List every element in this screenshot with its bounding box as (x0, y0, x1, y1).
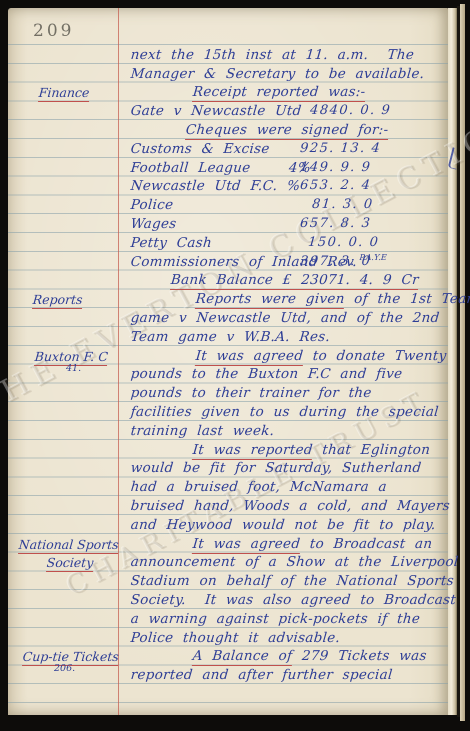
red-margin-rule (118, 8, 119, 715)
handwritten-line: Reports were given of the 1st Team (195, 291, 470, 307)
handwritten-line: Manager & Secretary to be available. (130, 66, 425, 82)
amount-value: 925. 13. 4 (299, 141, 381, 156)
handwritten-line: had a bruised foot, McNamara a (130, 479, 388, 495)
handwritten-lead-underlined: It was reported (192, 442, 314, 460)
handwritten-text: of the 1st Team (344, 291, 470, 307)
handwritten-line: Society. It was also agreed to Broadcast (130, 592, 457, 608)
handwritten-text: to Broadcast an (300, 536, 434, 552)
handwritten-line: training last week. (130, 423, 275, 439)
handwritten-line: It was agreed to Broadcast an (192, 536, 433, 552)
handwritten-line: Wages (130, 216, 177, 232)
handwritten-text: that Eglington (312, 442, 431, 458)
handwritten-line: game v Newcastle Utd, and of the 2nd (130, 310, 440, 326)
handwritten-line: pounds to their trainer for the (130, 385, 372, 401)
handwritten-lead-underlined: It was agreed (192, 536, 301, 554)
handwritten-line: Newcastle Utd F.C. % (130, 178, 301, 194)
handwritten-text: 279 Tickets was (292, 648, 428, 664)
handwritten-line: Police (130, 197, 174, 213)
handwritten-line: Cheques were signed for:- (185, 122, 389, 140)
handwritten-line: Stadium on behalf of the National Sports (130, 573, 455, 589)
handwritten-lead-underlined: A Balance of (192, 648, 293, 666)
margin-reference-number: 41. (66, 363, 81, 374)
amount-value: 657. 8. 3 (299, 216, 372, 231)
handwritten-lead-underlined: It was agreed (195, 348, 304, 366)
handwritten-lead-underlined: Reports were given (195, 291, 346, 309)
margin-heading: Society (46, 555, 94, 572)
adjacent-page-edge (460, 4, 465, 721)
handwritten-line: A Balance of 279 Tickets was (192, 648, 427, 664)
amount-value: 149. 9. 9 (299, 160, 372, 175)
handwritten-line: facilities given to us during the specia… (130, 404, 439, 420)
handwritten-line: Football League 4% (130, 160, 312, 176)
handwritten-line: Petty Cash (130, 235, 213, 251)
handwritten-line: Police thought it advisable. (130, 630, 341, 646)
handwritten-line: pounds to the Buxton F.C and five (130, 366, 403, 382)
page-number-stamp: 209 (33, 21, 74, 41)
ledger-page: 209 THE EVERTON COLLECTION CHARITABLE TR… (8, 8, 448, 715)
scanned-minute-book-photo: 209 THE EVERTON COLLECTION CHARITABLE TR… (0, 0, 470, 731)
handwritten-line: Bank Balance £ 23071. 4. 9 Cr (170, 272, 420, 290)
handwritten-line: Team game v W.B.A. Res. (130, 329, 331, 345)
handwritten-line: would be fit for Saturday, Sutherland (130, 460, 422, 476)
margin-reference-number: 206. (54, 663, 75, 674)
handwritten-line: bruised hand, Woods a cold, and Mayers (130, 498, 451, 514)
handwritten-line: It was agreed to donate Twenty (195, 348, 447, 364)
margin-heading: Finance (38, 85, 90, 102)
amount-value: 653. 2. 4 (299, 178, 372, 193)
margin-heading: Reports (32, 292, 83, 309)
amount-value: 4840. 0. 9 (309, 103, 391, 118)
amount-value: 150. 0. 0 (307, 235, 380, 250)
handwritten-line: announcement of a Show at the Liverpool (130, 554, 459, 570)
handwritten-text: to donate Twenty (303, 348, 448, 364)
handwritten-line: Customs & Excise (130, 141, 270, 157)
handwritten-line: a warning against pick-pockets if the (130, 611, 421, 627)
handwritten-line: reported and after further special (130, 667, 393, 683)
handwritten-line: It was reported that Eglington (192, 442, 431, 458)
amount-value: 81. 3. 0 (311, 197, 374, 212)
handwritten-line: next the 15th inst at 11. a.m. The (130, 47, 415, 63)
amount-value: 397. 3. 0 (299, 254, 372, 269)
handwritten-line: Gate v Newcastle Utd (130, 103, 302, 119)
handwritten-line: Receipt reported was:- (192, 84, 366, 102)
handwritten-line: and Heywood would not be fit to play. (130, 517, 436, 533)
margin-heading: National Sports (18, 537, 119, 554)
book-gutter-crease (448, 8, 457, 715)
